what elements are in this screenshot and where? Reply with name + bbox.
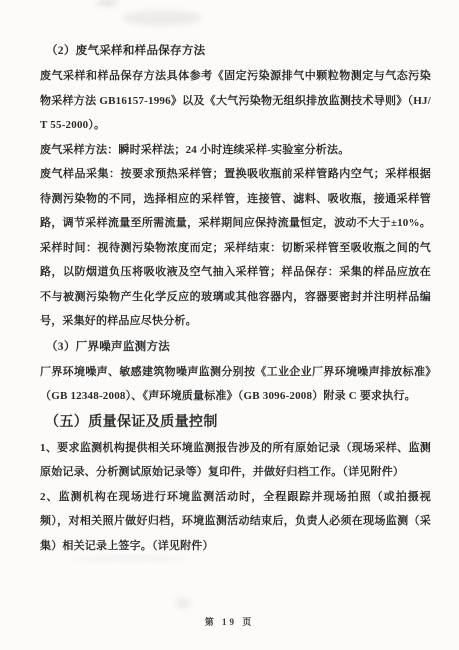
para-qa-requirement-1: 1、要求监测机构提供相关环境监测报告涉及的所有原始记录（现场采样、监测原始记录、… xyxy=(40,436,431,485)
para-qa-requirement-2: 2、监测机构在现场进行环境监测活动时，全程跟踪并现场拍照（或拍摄视频），对相关照… xyxy=(40,485,431,559)
heading-exhaust-sampling-preservation: （2）废气采样和样品保存方法 xyxy=(40,38,431,64)
scan-artifact xyxy=(96,0,118,6)
para-sample-collection-procedure: 废气样品采集：按要求预热采样管；置换吸收瓶前采样管路内空气；采样根据待测污染物的… xyxy=(40,162,431,334)
heading-boundary-noise-monitoring: （3）厂界噪声监测方法 xyxy=(40,334,431,360)
heading-quality-assurance-control: （五）质量保证及质量控制 xyxy=(40,409,431,436)
scan-artifact xyxy=(175,598,191,608)
scan-artifact xyxy=(122,10,202,26)
para-noise-monitoring-standards: 厂界环境噪声、敏感建筑物噪声监测分别按《工业企业厂界环境噪声排放标准》（GB 1… xyxy=(40,360,431,409)
document-body: （2）废气采样和样品保存方法 废气采样和样品保存方法具体参考《固定污染源排气中颗… xyxy=(40,38,431,558)
para-sampling-reference-standards: 废气采样和样品保存方法具体参考《固定污染源排气中颗粒物测定与气态污染物采样方法 … xyxy=(40,64,431,138)
para-exhaust-sampling-methods: 废气采样方法：瞬时采样法；24 小时连续采样-实验室分析法。 xyxy=(40,138,431,163)
page-number: 第 19 页 xyxy=(0,615,459,628)
scanned-document-page: （2）废气采样和样品保存方法 废气采样和样品保存方法具体参考《固定污染源排气中颗… xyxy=(0,0,459,650)
